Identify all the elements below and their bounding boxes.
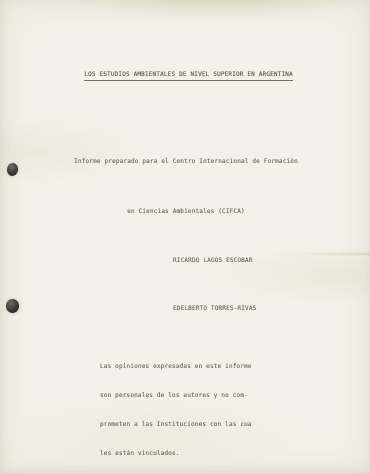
- document-title: LOS ESTUDIOS AMBIENTALES DE NIVEL SUPERI…: [0, 64, 362, 88]
- paper-crease: [292, 253, 370, 255]
- disclaimer-line: Las opiniones expresadas en este informe: [100, 362, 252, 372]
- binding-dot-icon: [6, 299, 19, 313]
- author-name: RICARDO LAGOS ESCOBAR: [173, 253, 256, 269]
- disclaimer-line: les están vinculados.: [100, 449, 252, 459]
- disclaimer-paragraph: Las opiniones expresadas en este informe…: [100, 343, 252, 474]
- document-title-text: LOS ESTUDIOS AMBIENTALES DE NIVEL SUPERI…: [84, 71, 293, 81]
- author-name: EDELBERTO TORRES-RIVAS: [173, 301, 256, 317]
- subtitle-line-1: Informe preparado para el Centro Interna…: [0, 154, 370, 171]
- disclaimer-line: son personales de los autores y no com-: [100, 391, 252, 401]
- author-block: RICARDO LAGOS ESCOBAR EDELBERTO TORRES-R…: [173, 221, 256, 349]
- subtitle-line-2: en Ciencias Ambientales (CIFCA): [0, 204, 370, 221]
- scanned-document-page: LOS ESTUDIOS AMBIENTALES DE NIVEL SUPERI…: [0, 0, 370, 474]
- disclaimer-line: prometen a las Instituciones con las cua: [100, 420, 252, 430]
